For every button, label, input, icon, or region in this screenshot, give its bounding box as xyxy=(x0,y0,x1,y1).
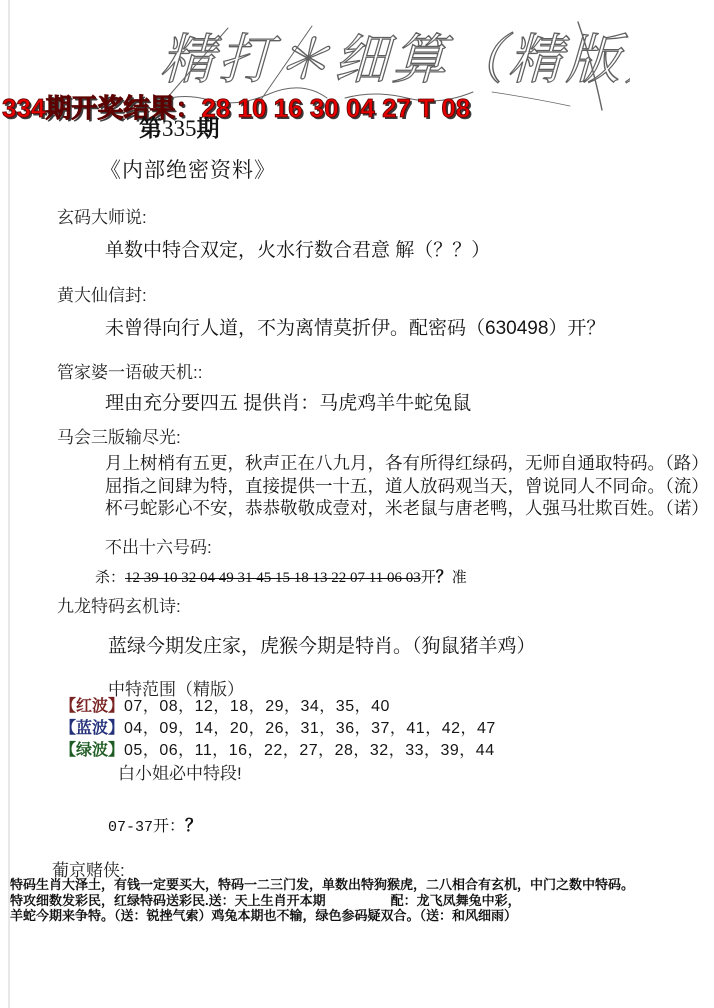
kill-label: 杀： xyxy=(95,570,125,586)
section-header-guanjiapo: 管家婆一语破天机:: xyxy=(57,358,202,383)
baixiaojie-range-line: 07-37开：？ xyxy=(108,811,202,836)
issue-suffix: 期 xyxy=(197,115,220,141)
special-segment-range: 07-37 xyxy=(108,819,153,836)
issue-prefix: 第 xyxy=(139,115,162,141)
issue-number: 335 xyxy=(162,116,197,141)
issue-number-line: 第335期 xyxy=(139,110,220,143)
open-question-mark: ？ xyxy=(185,816,202,835)
killed-numbers-line: 杀：12 39 10 32 04 49 31 45 15 18 13 22 07… xyxy=(95,564,467,587)
huangdaxian-verse: 未曾得向行人道，不为离情莫折伊。配密码（630498）开？ xyxy=(105,313,605,340)
baixiaojie-headline: 白小姐必中特段! xyxy=(118,759,242,784)
lottery-tip-sheet-page: 精打＊细算（精版） 334期开奖结果：28 10 16 30 04 27 T 0… xyxy=(0,0,714,1008)
killed-numbers-strikethrough: 12 39 10 32 04 49 31 45 15 18 13 22 07 1… xyxy=(125,570,421,586)
mahui-verse-line-2: 屈指之间肆为特，直接提供一十五，道人放码观当天，曾说同人不同命。（流） xyxy=(105,475,709,498)
masthead-title-text: 精打＊细算（精版） xyxy=(156,29,630,90)
section-header-mahui-sanban: 马会三版输尽光: xyxy=(57,423,181,448)
red-wave-numbers: 07，08，12，18，29，34，35，40 xyxy=(124,698,390,715)
wave-number-list: 【红波】07，08，12，18，29，34，35，40 【蓝波】04，09，14… xyxy=(60,696,496,762)
section-header-jiulong-poem: 九龙特码玄机诗: xyxy=(57,592,181,617)
previous-draw-result: 334期开奖结果：28 10 16 30 04 27 T 08 xyxy=(2,88,470,125)
sixteen-numbers-note: 不出十六号码: xyxy=(105,533,212,558)
blue-wave-numbers: 04，09，14，20，26，31，36，37，41，42，47 xyxy=(124,720,496,737)
scan-artifact-left-line xyxy=(8,0,10,1008)
mahui-verse-block: 月上树梢有五更，秋声正在八九月，各有所得红绿码，无师自通取特码。（路） 屈指之间… xyxy=(105,452,709,520)
mahui-verse-line-1: 月上树梢有五更，秋声正在八九月，各有所得红绿码，无师自通取特码。（路） xyxy=(105,452,709,475)
green-wave-label: 【绿波】 xyxy=(60,742,124,759)
xuanma-verse: 单数中特合双定，火水行数合君意 解（？？） xyxy=(105,235,490,262)
red-wave-label: 【红波】 xyxy=(60,698,124,715)
mahui-verse-line-3: 杯弓蛇影心不安，恭恭敬敬成壹对，米老鼠与唐老鸭，人强马壮欺百姓。（诺） xyxy=(105,497,709,520)
kill-accurate-char: 准 xyxy=(452,570,467,586)
green-wave-numbers: 05，06，11，16，22，27，28，32，33，39，44 xyxy=(124,742,495,759)
pujing-verse-line-2: 特攻细数发彩民，红绿特码送彩民.送：天上生肖开本期 配：龙飞凤舞兔中彩， xyxy=(10,893,634,909)
red-wave-row: 【红波】07，08，12，18，29，34，35，40 xyxy=(60,696,496,718)
guanjiapo-verse: 理由充分要四五 提供肖：马虎鸡羊牛蛇兔鼠 xyxy=(105,388,471,415)
blue-wave-row: 【蓝波】04，09，14，20，26，31，36，37，41，42，47 xyxy=(60,718,496,740)
secret-material-title: 《内部绝密资料》 xyxy=(100,154,276,184)
jiulong-verse: 蓝绿今期发庄家，虎猴今期是特肖。（狗鼠猪羊鸡） xyxy=(108,631,536,658)
open-colon: 开： xyxy=(153,818,185,835)
kill-open-char: 开 xyxy=(421,570,436,586)
pujing-verse-line-3: 羊蛇今期来争特。（送：锐挫气索）鸡兔本期也不输，绿色参码疑双合。（送：和风细雨） xyxy=(10,908,634,924)
section-header-xuanma-master: 玄码大师说: xyxy=(57,203,147,228)
kill-question-mark: ？ xyxy=(436,569,452,586)
section-header-huangdaxian-envelope: 黄大仙信封: xyxy=(57,281,147,306)
pujing-verse-block: 特码生肖大泽土，有钱一定要买大，特码一二三门发，单数出特狗猴虎，二八相合有玄机，… xyxy=(10,877,634,924)
pujing-verse-line-1: 特码生肖大泽土，有钱一定要买大，特码一二三门发，单数出特狗猴虎，二八相合有玄机，… xyxy=(10,877,634,893)
blue-wave-label: 【蓝波】 xyxy=(60,720,124,737)
